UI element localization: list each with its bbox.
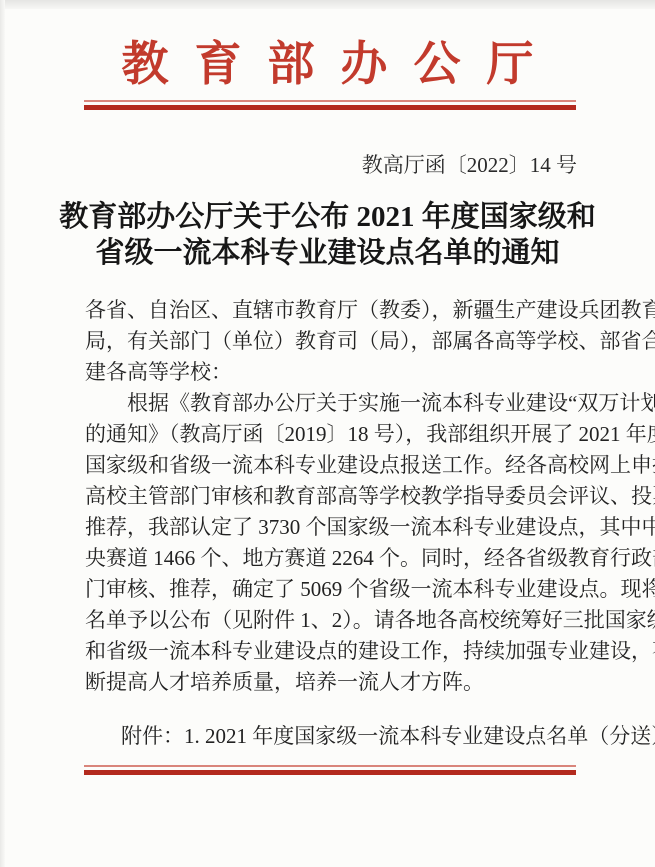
footer-rule (84, 765, 576, 775)
body-paragraph: 根据《教育部办公厅关于实施一流本科专业建设“双万计划”的通知》（教高厅函〔201… (85, 388, 574, 698)
body-line: 名单予以公布（见附件 1、2）。请各地各高校统筹好三批国家级 (85, 605, 574, 636)
body-paragraph: 各省、自治区、直辖市教育厅（教委），新疆生产建设兵团教育局，有关部门（单位）教育… (85, 295, 574, 388)
body-line: 和省级一流本科专业建设点的建设工作，持续加强专业建设，不 (85, 636, 574, 667)
photo-edge-top (0, 0, 655, 9)
body-line: 的通知》（教高厅函〔2019〕18 号），我部组织开展了 2021 年度 (85, 419, 574, 450)
footer-rule-thick (84, 770, 576, 775)
attachment-line: 附件：1. 2021 年度国家级一流本科专业建设点名单（分送） (85, 721, 574, 752)
document-title-line2: 省级一流本科专业建设点名单的通知 (95, 237, 559, 269)
body-line: 国家级和省级一流本科专业建设点报送工作。经各高校网上申报、 (85, 450, 574, 481)
photo-edge-left (0, 0, 5, 867)
footer-rule-thin (84, 765, 576, 767)
letterhead-rule-thick (84, 105, 576, 110)
body-line: 根据《教育部办公厅关于实施一流本科专业建设“双万计划” (85, 388, 574, 419)
body-line: 高校主管部门审核和教育部高等学校教学指导委员会评议、投票 (85, 481, 574, 512)
document-title-line1: 教育部办公厅关于公布 2021 年度国家级和 (59, 201, 596, 233)
body-line: 推荐，我部认定了 3730 个国家级一流本科专业建设点，其中中 (85, 512, 574, 543)
document-body: 各省、自治区、直辖市教育厅（教委），新疆生产建设兵团教育局，有关部门（单位）教育… (85, 295, 574, 698)
letterhead-org-name: 教育部办公厅 (0, 36, 655, 94)
document-title: 教育部办公厅关于公布 2021 年度国家级和 省级一流本科专业建设点名单的通知 (40, 199, 615, 271)
document-number: 教高厅函〔2022〕14 号 (362, 152, 577, 178)
body-line: 央赛道 1466 个、地方赛道 2264 个。同时，经各省级教育行政部 (85, 543, 574, 574)
letterhead-rule (84, 100, 576, 110)
body-line: 断提高人才培养质量，培养一流人才方阵。 (85, 667, 574, 698)
letterhead-rule-thin (84, 100, 576, 102)
body-line: 各省、自治区、直辖市教育厅（教委），新疆生产建设兵团教育 (85, 295, 574, 326)
body-line: 局，有关部门（单位）教育司（局），部属各高等学校、部省合 (85, 326, 574, 357)
body-line: 门审核、推荐，确定了 5069 个省级一流本科专业建设点。现将 (85, 574, 574, 605)
official-document-page: 教育部办公厅 教高厅函〔2022〕14 号 教育部办公厅关于公布 2021 年度… (0, 0, 655, 867)
body-line: 建各高等学校： (85, 357, 574, 388)
